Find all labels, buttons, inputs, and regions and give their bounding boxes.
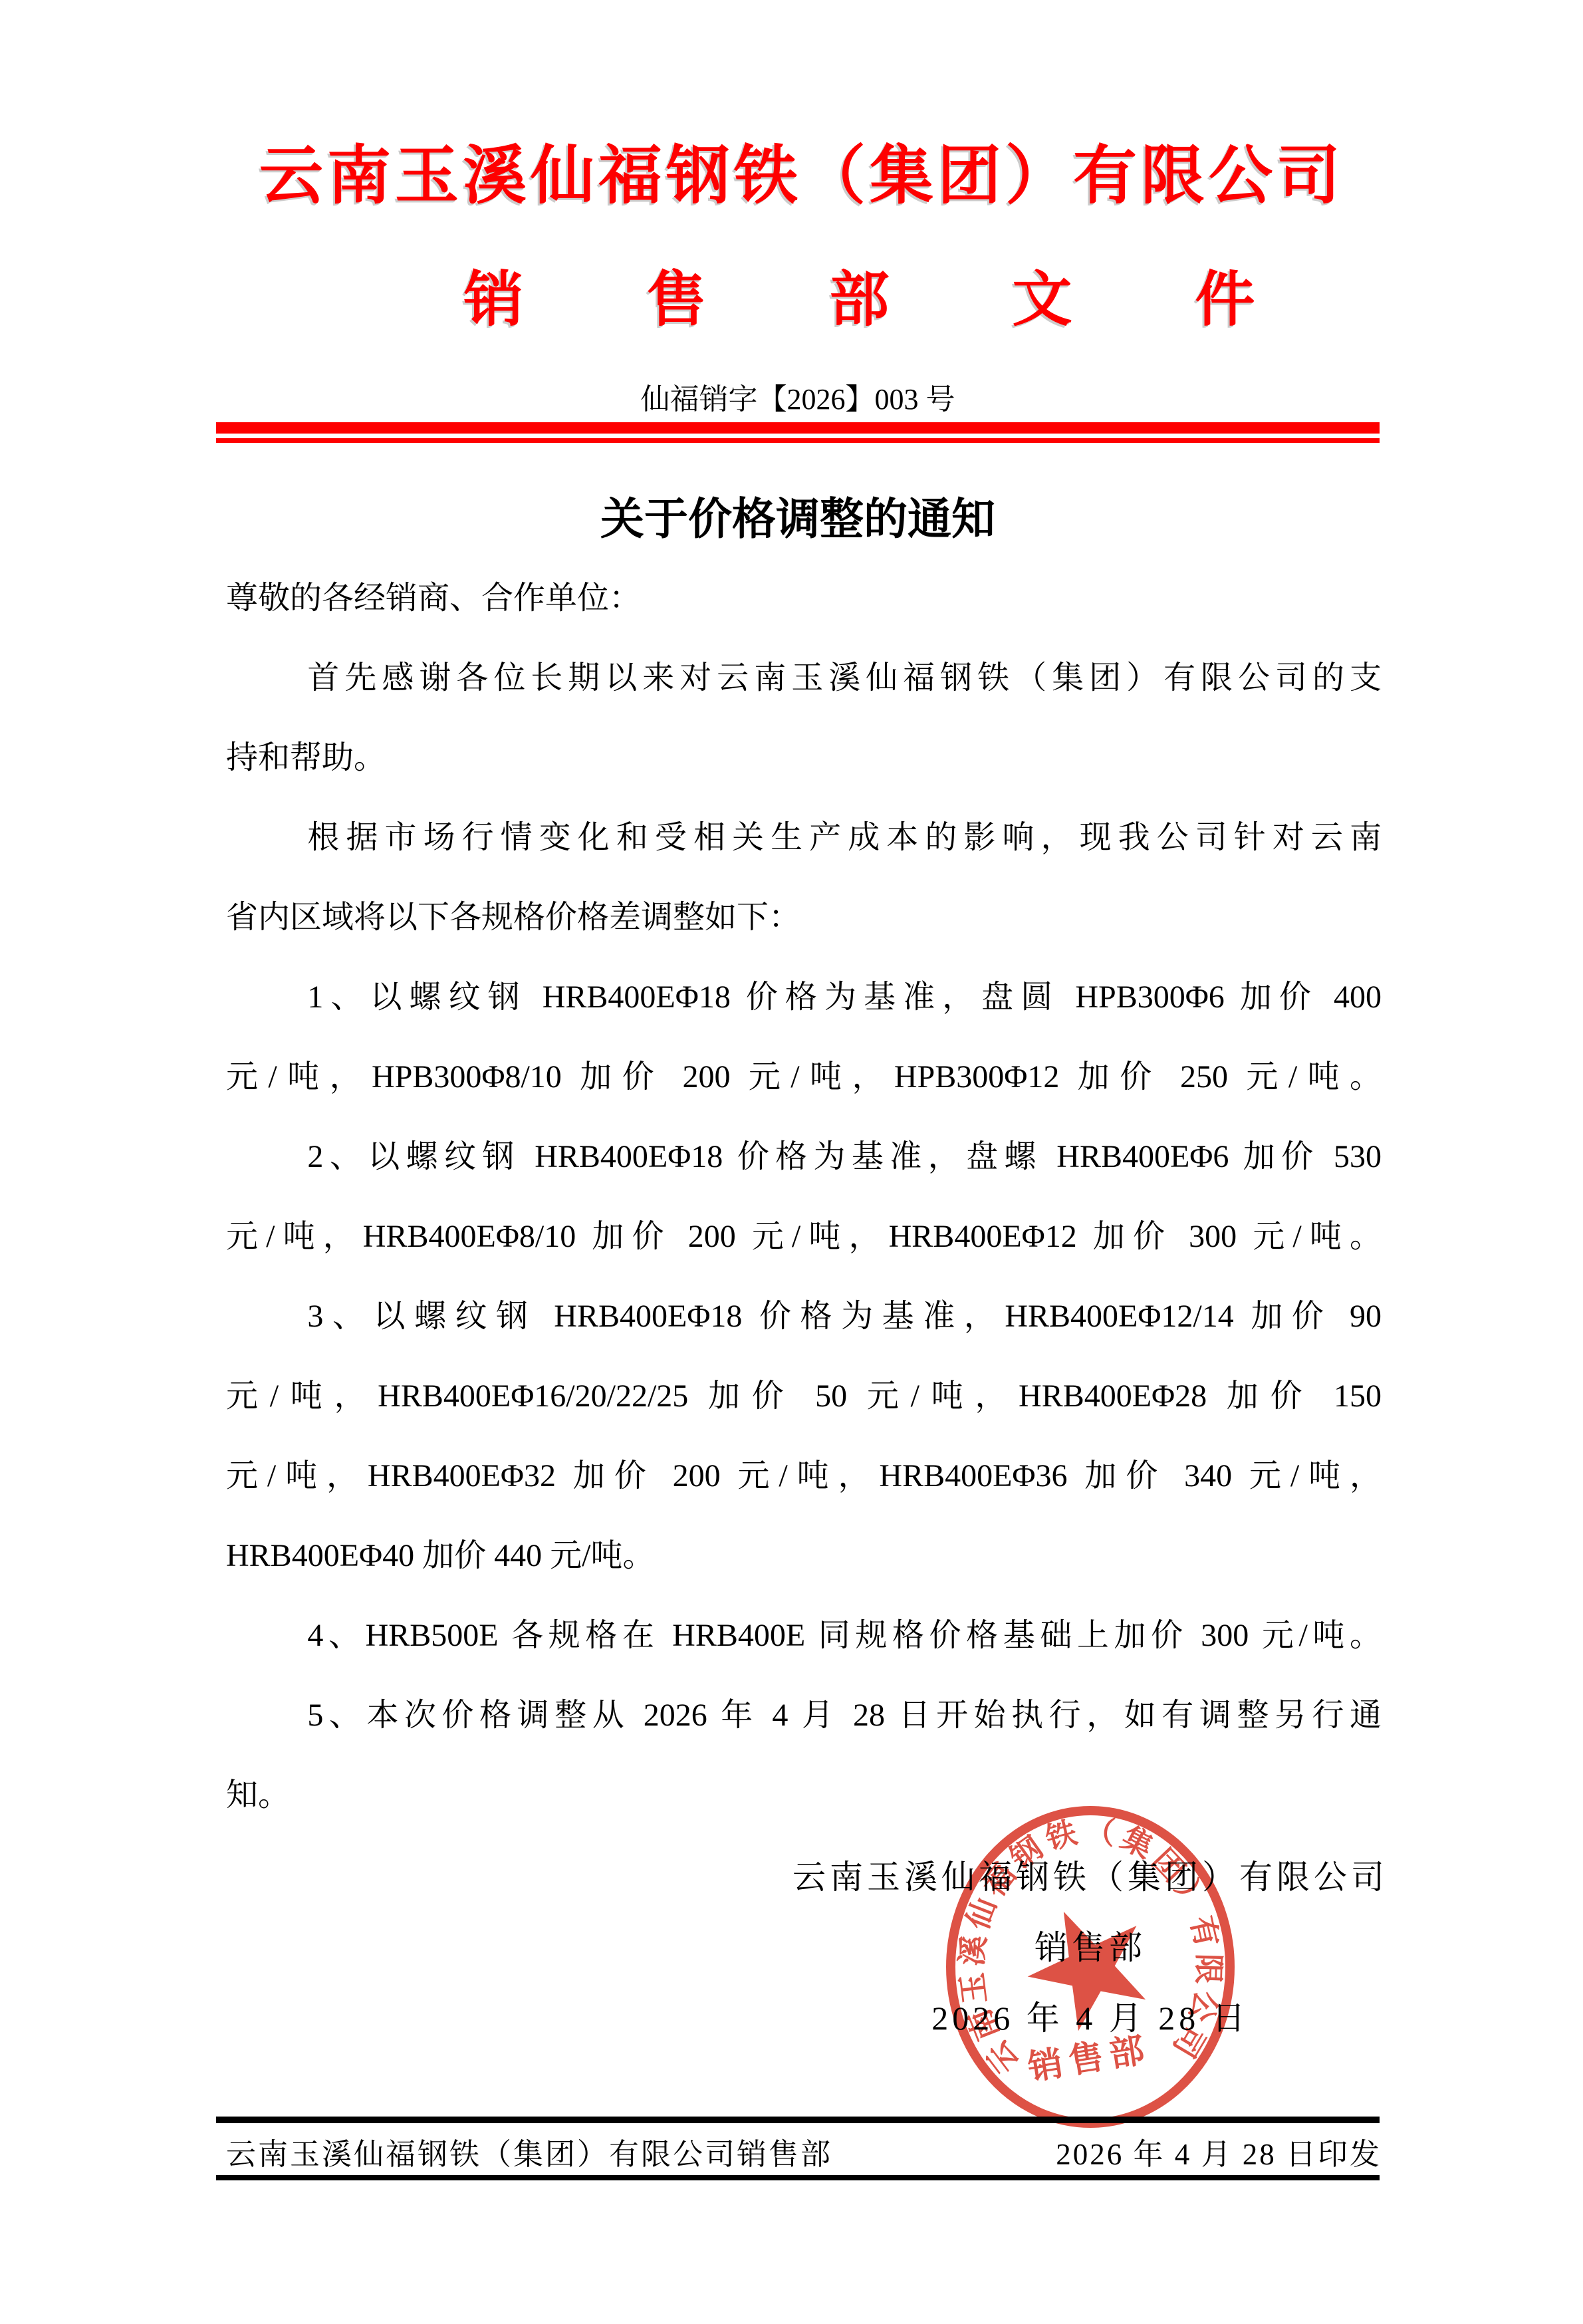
body-line: 省内区域将以下各规格价格差调整如下：: [226, 878, 1382, 958]
body-line: 元/吨，HRB400EΦ16/20/22/25 加价 50 元/吨，HRB400…: [226, 1356, 1382, 1436]
document-number: 仙福销字【2026】003 号: [213, 384, 1383, 415]
notice-title: 关于价格调整的通知: [213, 496, 1383, 545]
body-line: 4、HRB500E 各规格在 HRB400E 同规格价格基础上加价 300 元/…: [226, 1596, 1382, 1676]
body-line: 2、以螺纹钢 HRB400EΦ18 价格为基准，盘螺 HRB400EΦ6 加价 …: [226, 1117, 1382, 1197]
footer-rule-top: [216, 2117, 1380, 2123]
footer: 云南玉溪仙福钢铁（集团）有限公司销售部 2026 年 4 月 28 日印发: [226, 2138, 1382, 2172]
red-rule-thick: [216, 422, 1380, 434]
footer-print-date: 2026 年 4 月 28 日印发: [1056, 2138, 1382, 2172]
document-page: 云南玉溪仙福钢铁（集团）有限公司 销售部文件 仙福销字【2026】003 号 关…: [0, 0, 1583, 2324]
body-line: 尊敬的各经销商、合作单位：: [226, 559, 1382, 638]
signature-company: 云南玉溪仙福钢铁（集团）有限公司: [691, 1859, 1489, 1896]
signature-department: 销售部: [691, 1930, 1489, 1966]
body-line: 5、本次价格调整从 2026 年 4 月 28 日开始执行，如有调整另行通: [226, 1676, 1382, 1755]
body-line: 1、以螺纹钢 HRB400EΦ18 价格为基准，盘圆 HPB300Φ6 加价 4…: [226, 958, 1382, 1037]
department-title: 销售部文件: [213, 268, 1506, 332]
body-line: 首先感谢各位长期以来对云南玉溪仙福钢铁（集团）有限公司的支: [226, 638, 1382, 718]
footer-rule-bottom: [216, 2175, 1380, 2180]
body-line: 3、以螺纹钢 HRB400EΦ18 价格为基准，HRB400EΦ12/14 加价…: [226, 1277, 1382, 1356]
footer-issuer: 云南玉溪仙福钢铁（集团）有限公司销售部: [226, 2138, 832, 2172]
stamp-border: [951, 1811, 1230, 2123]
body-line: 根据市场行情变化和受相关生产成本的影响，现我公司针对云南: [226, 798, 1382, 878]
body-line: 元/吨，HRB400EΦ32 加价 200 元/吨，HRB400EΦ36 加价 …: [226, 1436, 1382, 1516]
body-line: 元/吨，HRB400EΦ8/10 加价 200 元/吨，HRB400EΦ12 加…: [226, 1197, 1382, 1277]
notice-body: 尊敬的各经销商、合作单位： 首先感谢各位长期以来对云南玉溪仙福钢铁（集团）有限公…: [226, 559, 1382, 1835]
red-rule-thin: [216, 438, 1380, 443]
company-title: 云南玉溪仙福钢铁（集团）有限公司: [213, 142, 1387, 211]
body-line: 元/吨，HPB300Φ8/10 加价 200 元/吨，HPB300Φ12 加价 …: [226, 1037, 1382, 1117]
official-stamp: 云南玉溪仙福钢铁（集团）有限公司 销售部: [934, 1804, 1247, 2130]
body-line: 知。: [226, 1755, 1382, 1835]
body-line: 持和帮助。: [226, 718, 1382, 798]
stamp-center-text: 销售部: [1025, 2030, 1154, 2087]
body-line: HRB400EΦ40 加价 440 元/吨。: [226, 1516, 1382, 1596]
signature-date: 2026 年 4 月 28 日: [691, 2000, 1489, 2037]
